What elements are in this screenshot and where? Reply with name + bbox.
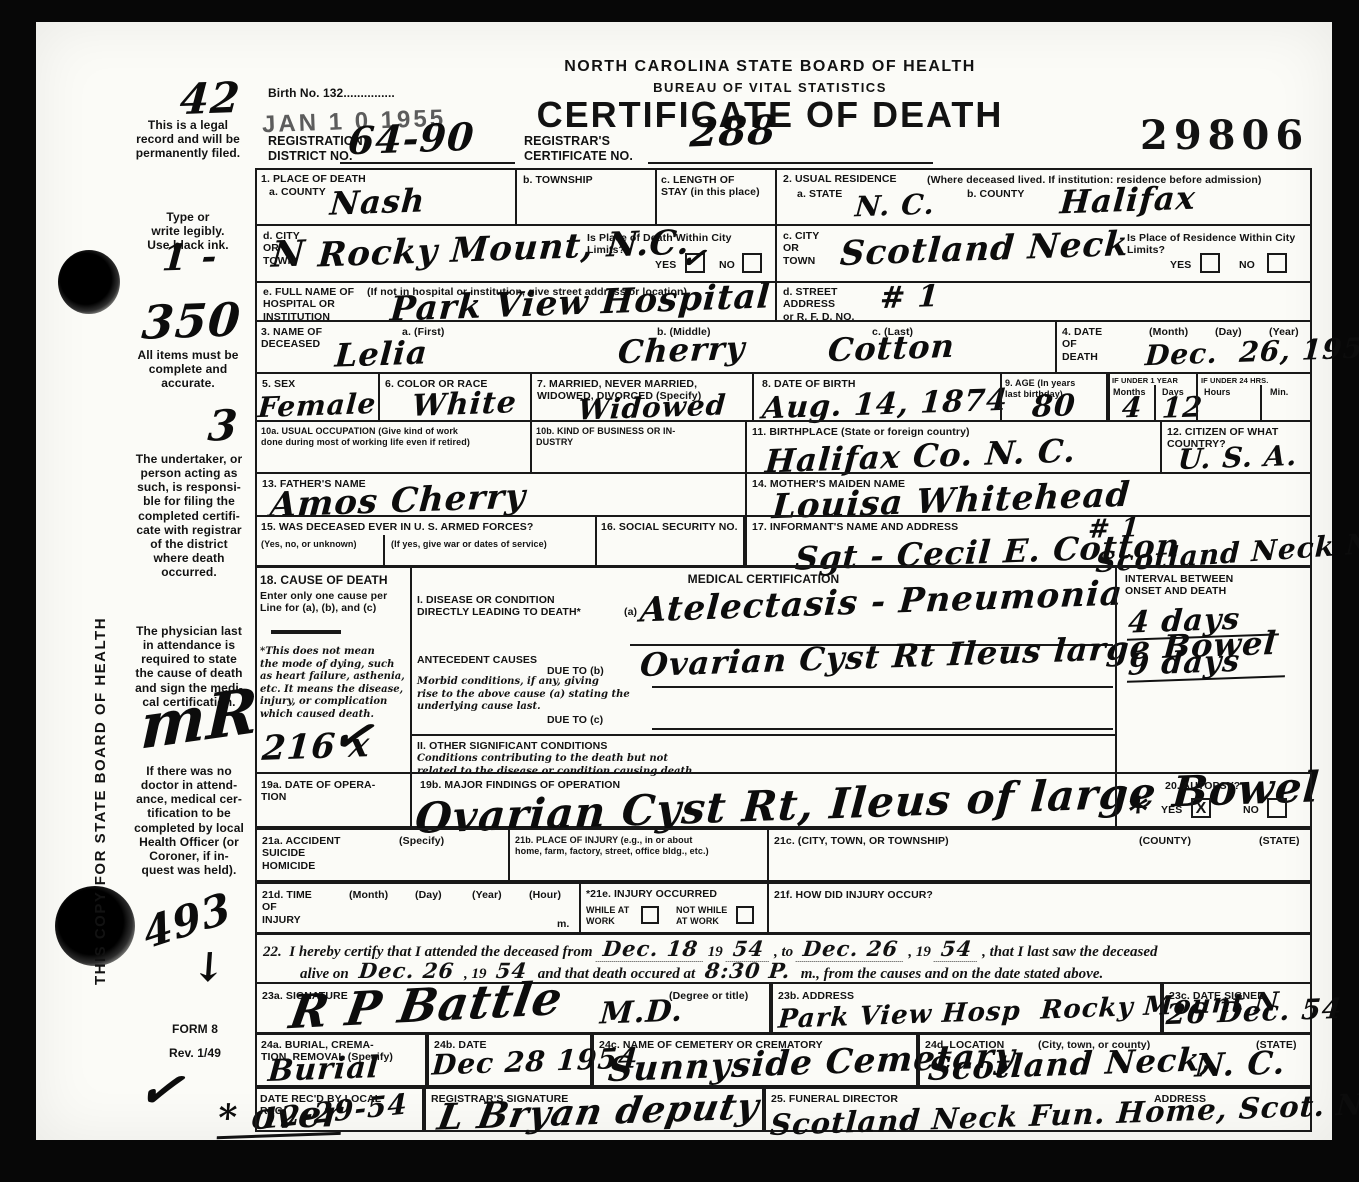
cell-21f-how-injury: 21f. HOW DID INJURY OCCUR? (767, 882, 1312, 934)
label-street-address: d. STREET ADDRESS or R. F. D. NO. (783, 286, 855, 323)
label-occupation: 10a. USUAL OCCUPATION (Give kind of work… (261, 426, 470, 447)
registration-district-value: 64-90 (347, 118, 476, 161)
label-county: a. COUNTY (269, 186, 326, 198)
value-res-city: Scotland Neck (839, 227, 1130, 271)
label-time-of-injury: 21d. TIME OF INJURY (262, 889, 312, 926)
label-hospital: e. FULL NAME OF HOSPITAL OR INSTITUTION (263, 286, 354, 323)
label-disease-condition: I. DISEASE OR CONDITION DIRECTLY LEADING… (417, 594, 581, 619)
label-interval: INTERVAL BETWEEN ONSET AND DEATH (1125, 573, 1233, 598)
underline-cause-b (652, 686, 1113, 688)
margin-handwriting-42: 42 (179, 77, 242, 121)
label-date-of-operation: 19a. DATE OF OPERA- TION (261, 779, 375, 804)
district-underline (340, 162, 515, 164)
value-burial: Burial (267, 1053, 380, 1087)
margin-note-undertaker: The undertaker, or person acting as such… (128, 452, 250, 579)
label-date-of-death: 4. DATE OF DEATH (1062, 326, 1102, 363)
registrar-certificate-value: 288 (689, 110, 778, 153)
label-antecedent: ANTECEDENT CAUSES (417, 654, 537, 666)
label-township: b. TOWNSHIP (523, 174, 593, 186)
value-age-months: 4 (1121, 394, 1143, 423)
label-armed-forces-yn: (Yes, no, or unknown) (261, 539, 357, 550)
cell-10b-business: 10b. KIND OF BUSINESS OR IN- DUSTRY (530, 420, 747, 474)
label-autopsy-yes: YES (1161, 804, 1182, 816)
label-autopsy: 20. AUTOPSY? (1165, 780, 1240, 792)
checkbox-not-while-at-work (736, 906, 754, 924)
certno-underline (648, 162, 933, 164)
checkbox-while-at-work (641, 906, 659, 924)
label-21d-hour: (Hour) (529, 889, 561, 901)
checkbox-autopsy-no (1267, 798, 1287, 818)
label-specify: (Specify) (399, 835, 444, 847)
label-21c-city: 21c. (CITY, TOWN, OR TOWNSHIP) (774, 835, 949, 847)
certify-seg-9: m., from the causes and on the date stat… (801, 966, 1104, 983)
label-hours: Hours (1204, 387, 1231, 398)
label-under-1-year: IF UNDER 1 YEAR (1112, 377, 1178, 386)
label-usual-residence: 2. USUAL RESIDENCE (783, 173, 897, 185)
handwriting-autopsy-star: * (1127, 792, 1151, 831)
label-sex: 5. SEX (262, 378, 295, 390)
value-date-of-death: Dec. 26, 1954 (1144, 334, 1359, 370)
label-not-while-at-work: NOT WHILE AT WORK (676, 905, 727, 926)
certificate-serial-number: 29806 (1140, 112, 1309, 159)
label-name-of-deceased: 3. NAME OF DECEASED (261, 326, 322, 351)
value-county: Nash (329, 184, 426, 219)
value-age: 80 (1031, 391, 1077, 423)
value-res-state: N. C. (854, 191, 936, 222)
divider-armed-forces (383, 535, 385, 567)
birth-number: Birth No. 132............... (268, 86, 395, 100)
label-due-to-c: DUE TO (c) (547, 714, 603, 726)
value-street: # 1 (879, 282, 941, 314)
cell-9-under-24-hrs: IF UNDER 24 HRS. Hours Min. (1196, 372, 1312, 422)
death-certificate-scan: THIS COPY FOR STATE BOARD OF HEALTH This… (0, 0, 1359, 1182)
label-other-significant: II. OTHER SIGNIFICANT CONDITIONS (417, 740, 607, 752)
cell-21d-time-of-injury: 21d. TIME OF INJURY (Month) (Day) (Year)… (255, 882, 581, 934)
label-autopsy-no: NO (1243, 804, 1259, 816)
cell-16-ssn: 16. SOCIAL SECURITY NO. (595, 515, 745, 567)
registrar-certificate-label: REGISTRAR'S CERTIFICATE NO. (524, 134, 633, 164)
bureau-title: BUREAU OF VITAL STATISTICS (420, 80, 1120, 95)
margin-form-number: FORM 8 (150, 1022, 240, 1036)
value-burial-state: N. C. (1194, 1046, 1287, 1081)
label-yes-res-limits: YES (1170, 259, 1191, 271)
label-city-or-town: d. CITY OR TOWN (263, 230, 300, 267)
label-res-city-or-town: c. CITY OR TOWN (783, 230, 819, 267)
margin-handwriting-350: 350 (140, 296, 242, 346)
value-middle-name: Cherry (617, 332, 747, 369)
certify-seg-6: alive on (300, 966, 349, 983)
label-21d-day: (Day) (415, 889, 442, 901)
value-burial-location: Scotland Neck, (927, 1043, 1214, 1085)
label-cause-instructions: Enter only one cause per Line for (a), (… (260, 590, 387, 615)
label-armed-forces: 15. WAS DECEASED EVER IN U. S. ARMED FOR… (261, 521, 533, 533)
cell-15-armed-forces: 15. WAS DECEASED EVER IN U. S. ARMED FOR… (255, 515, 597, 567)
punch-hole-top (58, 250, 120, 314)
label-res-county: b. COUNTY (967, 188, 1024, 200)
label-accident-suicide: 21a. ACCIDENT SUICIDE HOMICIDE (262, 835, 341, 872)
label-cause-of-death: 18. CAUSE OF DEATH (260, 573, 388, 587)
label-signer-address: 23b. ADDRESS (778, 990, 854, 1002)
cell-21e-injury-occurred: *21e. INJURY OCCURRED WHILE AT WORK NOT … (579, 882, 769, 934)
underline-cause-c (652, 728, 1113, 730)
value-date-signed: 26 Dec. 54 (1165, 995, 1343, 1029)
value-color-race: White (411, 388, 518, 422)
margin-handwriting-check: ✓ (134, 1059, 187, 1119)
label-21d-year: (Year) (472, 889, 502, 901)
label-res-state: a. STATE (797, 188, 842, 200)
cell-21a-accident: 21a. ACCIDENT SUICIDE HOMICIDE (Specify) (255, 828, 510, 882)
value-first-name: Lelia (334, 336, 429, 371)
label-disease-a: (a) (624, 606, 637, 618)
label-armed-forces-war: (If yes, give war or dates of service) (391, 539, 547, 550)
divider-dash (271, 630, 341, 634)
margin-vertical-title: THIS COPY FOR STATE BOARD OF HEALTH (92, 617, 109, 985)
label-dod-month: (Month) (1149, 326, 1188, 338)
label-business: 10b. KIND OF BUSINESS OR IN- DUSTRY (536, 426, 675, 447)
cell-1b-township: b. TOWNSHIP (515, 168, 657, 226)
divider-other-significant (410, 734, 1117, 736)
cell-1c-length-of-stay: c. LENGTH OF STAY (in this place) (655, 168, 777, 226)
certify-death-time: 8:30 P. (698, 958, 798, 984)
value-date-of-birth: Aug. 14, 1874 (761, 386, 1009, 425)
org-title: NORTH CAROLINA STATE BOARD OF HEALTH (420, 58, 1120, 76)
cell-21b-place-of-injury: 21b. PLACE OF INJURY (e.g., in or about … (508, 828, 769, 882)
checkbox-res-limits-yes (1200, 253, 1220, 273)
label-min: Min. (1270, 387, 1288, 398)
handwriting-check-cause: ✓ (328, 709, 377, 763)
value-citizen: U. S. A. (1177, 442, 1298, 474)
label-21c-county: (COUNTY) (1139, 835, 1191, 847)
divider-hours-min (1260, 385, 1262, 422)
margin-note-no-doctor: If there was no doctor in attend- ance, … (126, 764, 252, 877)
label-cause-footnote: *This does not mean the mode of dying, s… (260, 646, 410, 721)
value-sex: Female (257, 390, 377, 422)
cell-19a-date-operation: 19a. DATE OF OPERA- TION (255, 772, 412, 828)
label-informant: 17. INFORMANT'S NAME AND ADDRESS (752, 521, 958, 533)
label-under-24-hrs: IF UNDER 24 HRS. (1201, 377, 1268, 386)
divider-months-days (1154, 385, 1156, 422)
value-last-name: Cotton (827, 330, 956, 367)
label-length-of-stay: c. LENGTH OF STAY (in this place) (661, 174, 760, 199)
margin-note-complete: All items must be complete and accurate. (128, 348, 248, 390)
margin-handwriting-arrow: ↓ (191, 947, 228, 988)
label-21d-month: (Month) (349, 889, 388, 901)
value-interval-b: 9 days (1127, 645, 1287, 683)
margin-note-legal: This is a legal record and will be perma… (128, 118, 248, 160)
cell-21c-city-town: 21c. (CITY, TOWN, OR TOWNSHIP) (COUNTY) … (767, 828, 1312, 882)
cell-10a-occupation: 10a. USUAL OCCUPATION (Give kind of work… (255, 420, 532, 474)
value-signature: R P Battle (287, 975, 567, 1036)
value-res-county: Halifax (1059, 182, 1197, 219)
label-morbid: Morbid conditions, if any, giving rise t… (417, 676, 637, 714)
label-how-did-injury-occur: 21f. HOW DID INJURY OCCUR? (774, 889, 933, 901)
checkbox-death-limits-no (742, 253, 762, 273)
checkbox-res-limits-no (1267, 253, 1287, 273)
label-while-at-work: WHILE AT WORK (586, 905, 629, 926)
label-21c-state: (STATE) (1259, 835, 1300, 847)
label-injury-occurred: *21e. INJURY OCCURRED (586, 888, 717, 900)
cell-2d-street: d. STREET ADDRESS or R. F. D. NO. (775, 281, 1312, 322)
label-21d-m: m. (557, 918, 569, 930)
value-degree: M.D. (599, 997, 684, 1030)
margin-handwriting-3: 3 (207, 404, 240, 447)
value-interval-a: 4 days (1127, 603, 1281, 640)
label-due-to-b: DUE TO (b) (547, 665, 604, 677)
label-no-res-limits: NO (1239, 259, 1255, 271)
label-no-death-limits: NO (719, 259, 735, 271)
checkbox-autopsy-yes: X (1191, 798, 1211, 818)
label-place-of-injury: 21b. PLACE OF INJURY (e.g., in or about … (515, 835, 709, 856)
margin-handwriting-scribble: mR (139, 679, 259, 758)
label-ssn: 16. SOCIAL SECURITY NO. (601, 521, 738, 533)
value-registrar-signature: L Bryan deputy (435, 1088, 762, 1135)
